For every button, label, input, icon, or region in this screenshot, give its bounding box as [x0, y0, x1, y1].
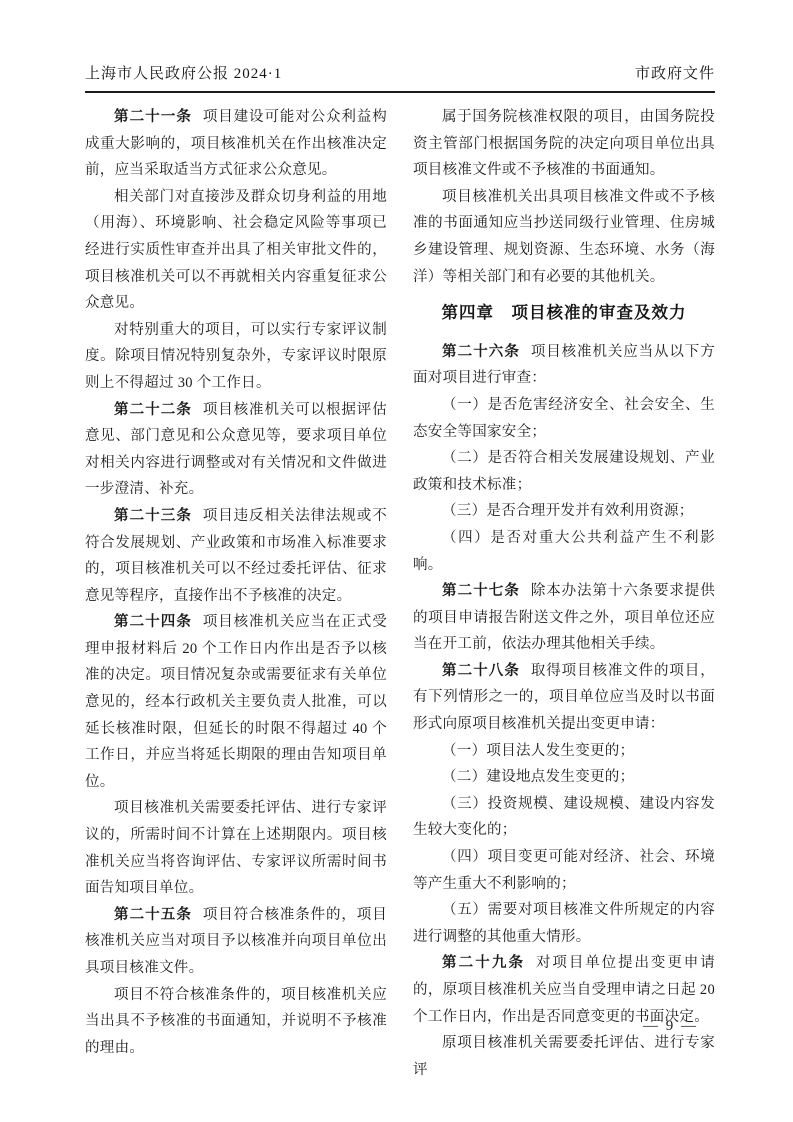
article-paragraph: 原项目核准机关需要委托评估、进行专家评 — [413, 1030, 715, 1083]
article-paragraph: （一）项目法人发生变更的； — [413, 738, 715, 765]
article-paragraph: 项目核准机关需要委托评估、进行专家评议的，所需时间不计算在上述期限内。项目核准机… — [85, 795, 387, 901]
article-number-label: 第二十八条 — [442, 663, 520, 679]
text-columns: 第二十一条项目建设可能对公众利益构成重大影响的，项目核准机关在作出核准决定前，应… — [85, 104, 715, 1083]
article-number-label: 第二十五条 — [114, 907, 192, 923]
article-number-label: 第二十九条 — [442, 955, 525, 971]
article-paragraph: （五）需要对项目核准文件所规定的内容进行调整的其他重大情形。 — [413, 897, 715, 950]
article-paragraph: （三）投资规模、建设规模、建设内容发生较大变化的； — [413, 791, 715, 844]
article-paragraph: （二）是否符合相关发展建设规划、产业政策和技术标准； — [413, 445, 715, 498]
header-rule — [85, 91, 715, 93]
article-paragraph: 对特别重大的项目，可以实行专家评议制度。除项目情况特别复杂外，专家评议时限原则上… — [85, 317, 387, 397]
article-paragraph: 相关部门对直接涉及群众切身利益的用地（用海）、环境影响、社会稳定风险等事项已经进… — [85, 184, 387, 317]
article-paragraph: 第二十七条除本办法第十六条要求提供的项目申请报告附送文件之外，项目单位还应当在开… — [413, 578, 715, 658]
article-number-label: 第二十四条 — [114, 614, 192, 630]
article-paragraph: 属于国务院核准权限的项目，由国务院投资主管部门根据国务院的决定向项目单位出具项目… — [413, 104, 715, 184]
article-number-label: 第二十七条 — [442, 583, 520, 599]
article-paragraph: 第二十二条项目核准机关可以根据评估意见、部门意见和公众意见等，要求项目单位对相关… — [85, 397, 387, 503]
article-paragraph: 第二十六条项目核准机关应当从以下方面对项目进行审查： — [413, 339, 715, 392]
article-paragraph: 第二十八条取得项目核准文件的项目，有下列情形之一的，项目单位应当及时以书面形式向… — [413, 658, 715, 738]
article-paragraph: （三）是否合理开发并有效利用资源； — [413, 498, 715, 525]
article-paragraph: 第二十四条项目核准机关应当在正式受理申报材料后 20 个工作日内作出是否予以核准… — [85, 609, 387, 795]
left-column: 第二十一条项目建设可能对公众利益构成重大影响的，项目核准机关在作出核准决定前，应… — [85, 104, 387, 1083]
article-number-label: 第二十三条 — [114, 508, 192, 524]
article-number-label: 第二十一条 — [114, 109, 192, 125]
page-number: — 9 — — [643, 1018, 698, 1035]
article-paragraph: （四）项目变更可能对经济、社会、环境等产生重大不利影响的； — [413, 844, 715, 897]
gazette-masthead: 上海市人民政府公报 2024·1 — [85, 65, 282, 83]
right-column: 属于国务院核准权限的项目，由国务院投资主管部门根据国务院的决定向项目单位出具项目… — [413, 104, 715, 1083]
page-header: 上海市人民政府公报 2024·1 市政府文件 — [85, 65, 715, 83]
article-paragraph: 项目不符合核准条件的，项目核准机关应当出具不予核准的书面通知，并说明不予核准的理… — [85, 982, 387, 1062]
article-paragraph: 第二十一条项目建设可能对公众利益构成重大影响的，项目核准机关在作出核准决定前，应… — [85, 104, 387, 184]
chapter-heading: 第四章 项目核准的审查及效力 — [413, 300, 715, 327]
article-number-label: 第二十二条 — [114, 402, 192, 418]
article-paragraph: 第二十三条项目违反相关法律法规或不符合发展规划、产业政策和市场准入标准要求的，项… — [85, 503, 387, 609]
document-category-label: 市政府文件 — [635, 65, 715, 83]
article-paragraph: 项目核准机关出具项目核准文件或不予核准的书面通知应当抄送同级行业管理、住房城乡建… — [413, 184, 715, 290]
gazette-page: 上海市人民政府公报 2024·1 市政府文件 第二十一条项目建设可能对公众利益构… — [0, 0, 793, 1122]
article-paragraph: （四）是否对重大公共利益产生不利影响。 — [413, 525, 715, 578]
article-paragraph: （一）是否危害经济安全、社会安全、生态安全等国家安全； — [413, 392, 715, 445]
article-paragraph: （二）建设地点发生变更的； — [413, 764, 715, 791]
article-paragraph: 第二十五条项目符合核准条件的，项目核准机关应当对项目予以核准并向项目单位出具项目… — [85, 902, 387, 982]
article-number-label: 第二十六条 — [442, 344, 520, 360]
